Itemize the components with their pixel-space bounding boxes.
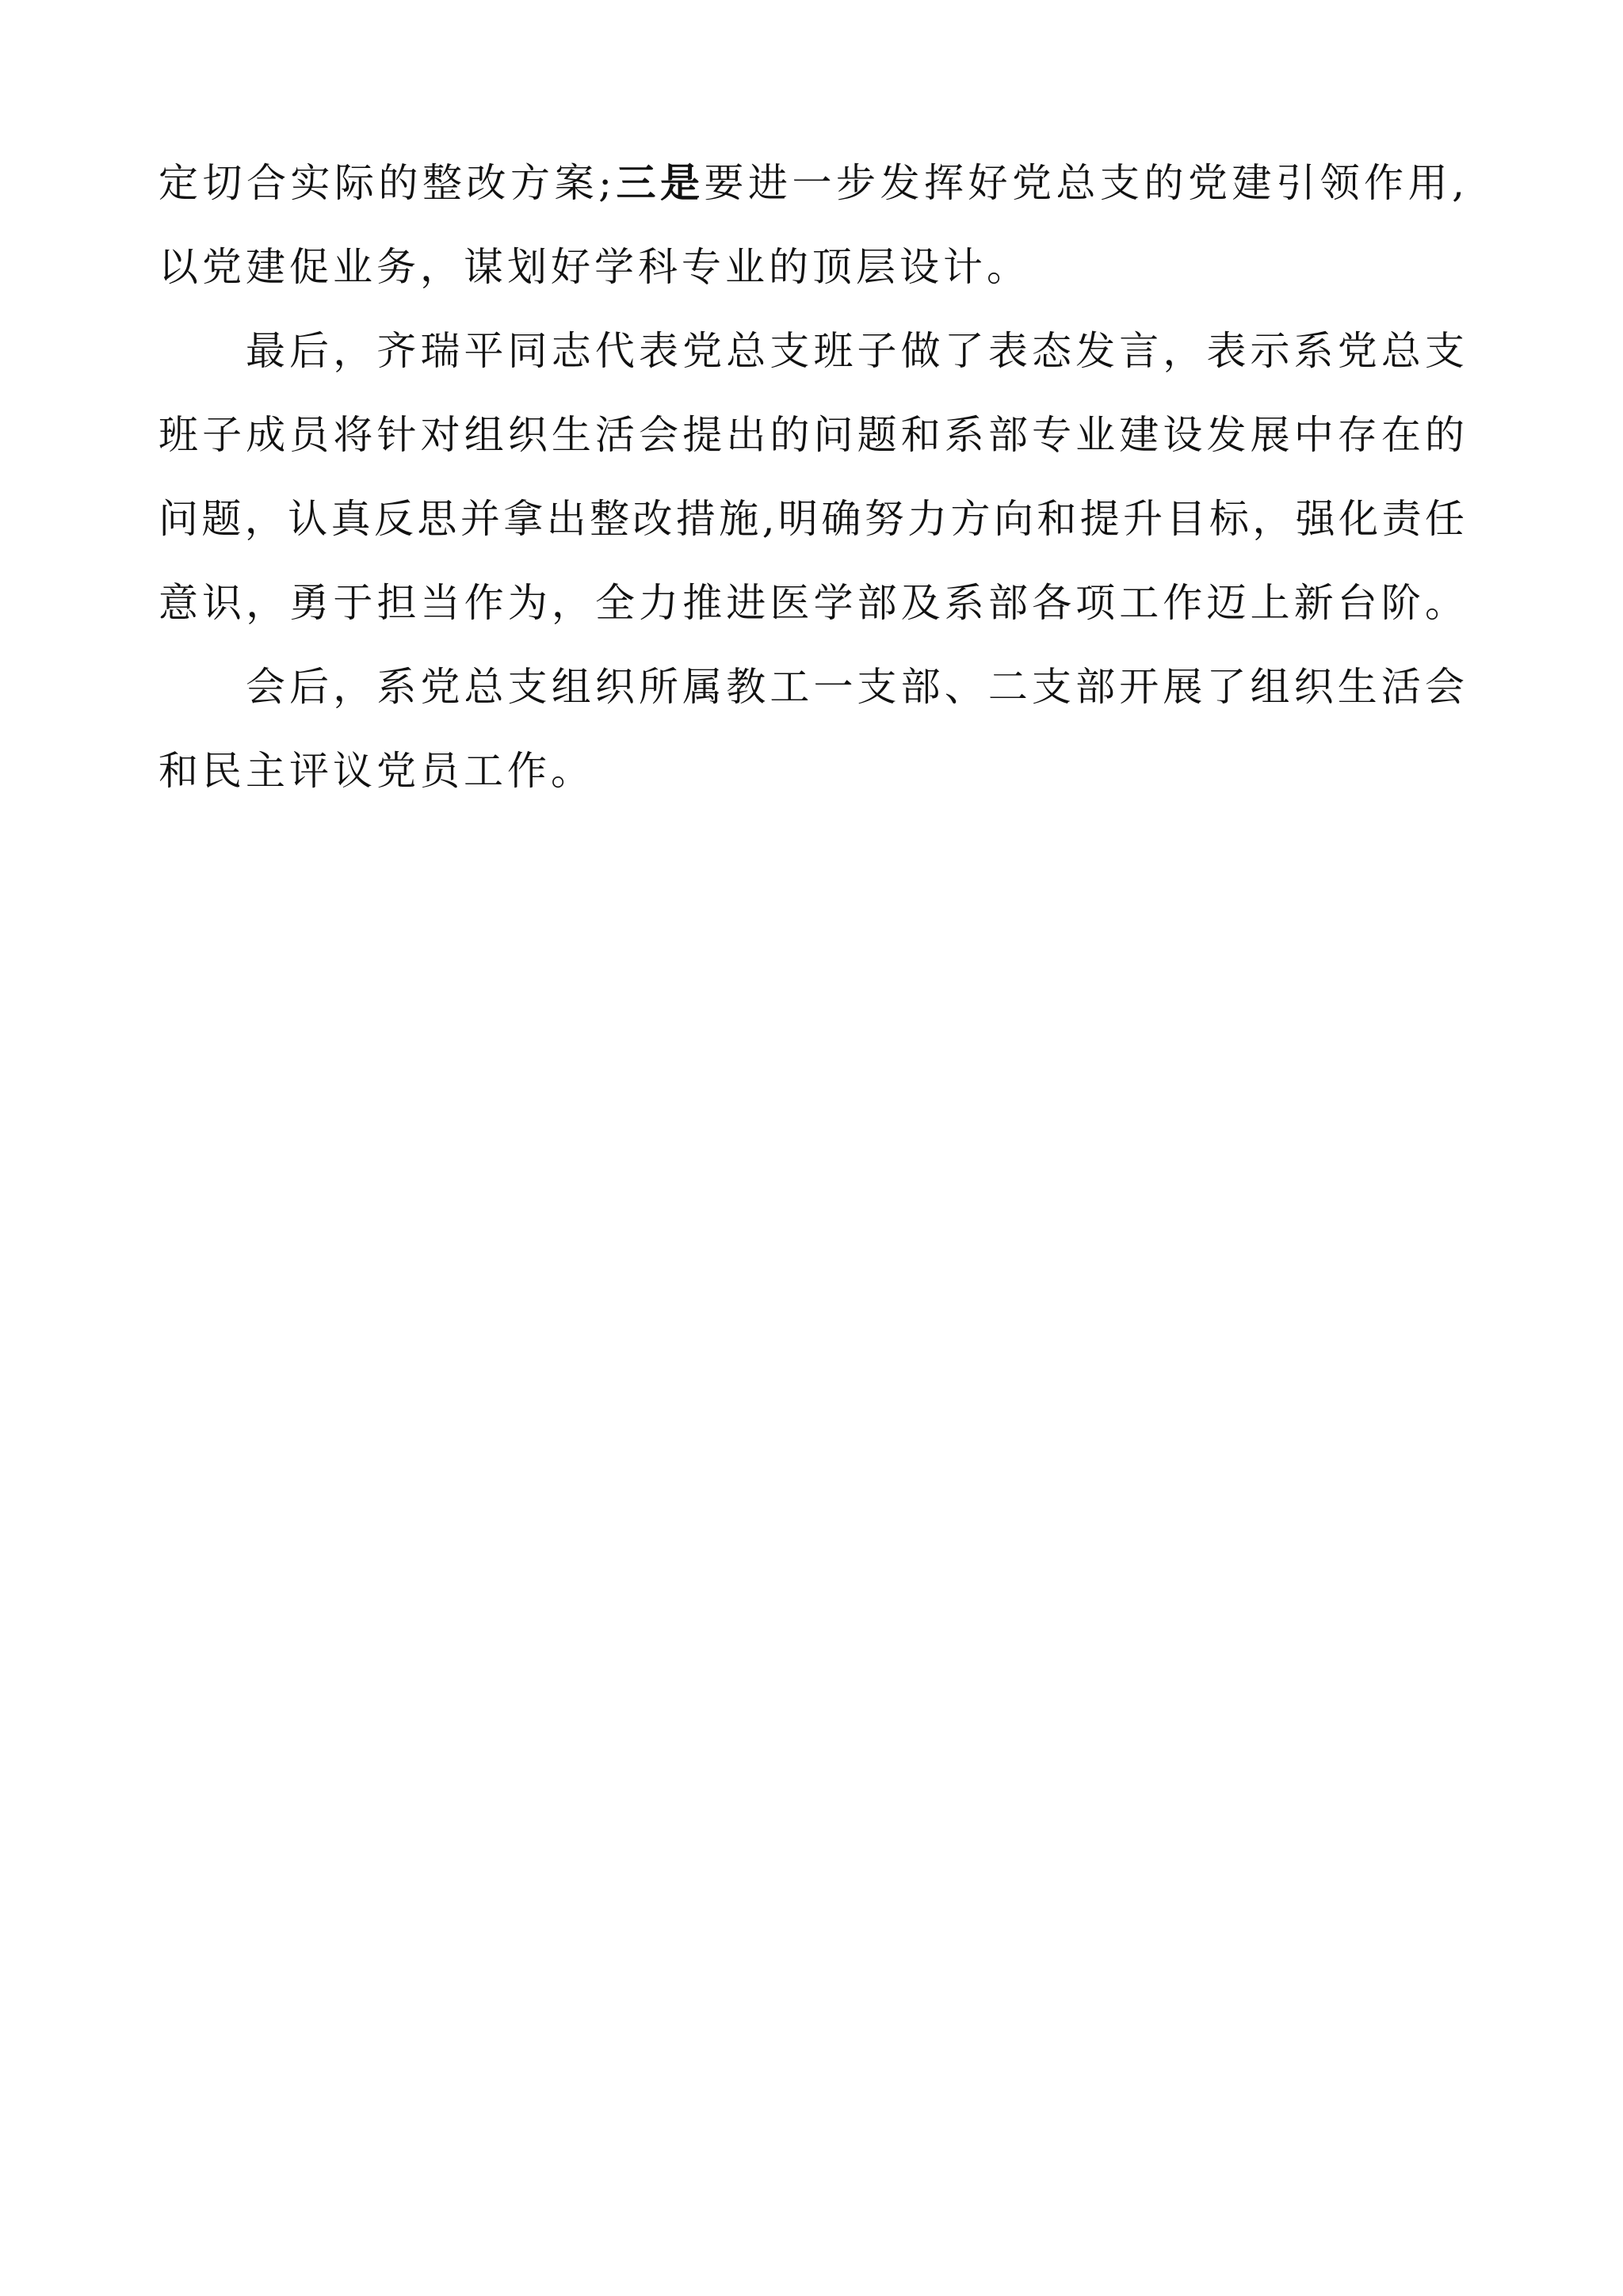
text-line: 班子成员将针对组织生活会提出的问题和系部专业建设发展中存在的 (158, 407, 1466, 491)
text-segment: 要进一步发挥好党总支的党建引领作用, (704, 160, 1466, 206)
paragraph-rectification-plan: 定切合实际的整改方案;三是要进一步发挥好党总支的党建引领作用, 以党建促业务，谋… (158, 155, 1466, 323)
text-line: 会后，系党总支组织所属教工一支部、二支部开展了组织生活会 (158, 659, 1466, 743)
text-line: 定切合实际的整改方案;三是要进一步发挥好党总支的党建引领作用, (158, 155, 1466, 239)
text-line: 以党建促业务，谋划好学科专业的顶层设计。 (158, 239, 1466, 323)
paragraph-after-meeting: 会后，系党总支组织所属教工一支部、二支部开展了组织生活会 和民主评议党员工作。 (158, 659, 1466, 827)
text-line: 和民主评议党员工作。 (158, 743, 1466, 827)
paragraph-closing-statement: 最后，齐瑞平同志代表党总支班子做了表态发言，表示系党总支 班子成员将针对组织生活… (158, 323, 1466, 659)
document-page: 定切合实际的整改方案;三是要进一步发挥好党总支的党建引领作用, 以党建促业务，谋… (0, 0, 1623, 2296)
text-segment: 定切合实际的整改方案; (158, 160, 613, 206)
document-body: 定切合实际的整改方案;三是要进一步发挥好党总支的党建引领作用, 以党建促业务，谋… (158, 155, 1466, 827)
text-line: 问题，认真反思并拿出整改措施,明确努力方向和提升目标，强化责任 (158, 491, 1466, 575)
text-line: 意识，勇于担当作为，全力推进医学部及系部各项工作迈上新台阶。 (158, 575, 1466, 659)
text-line: 最后，齐瑞平同志代表党总支班子做了表态发言，表示系党总支 (158, 323, 1466, 407)
emphasis-text: 三是 (613, 159, 705, 206)
